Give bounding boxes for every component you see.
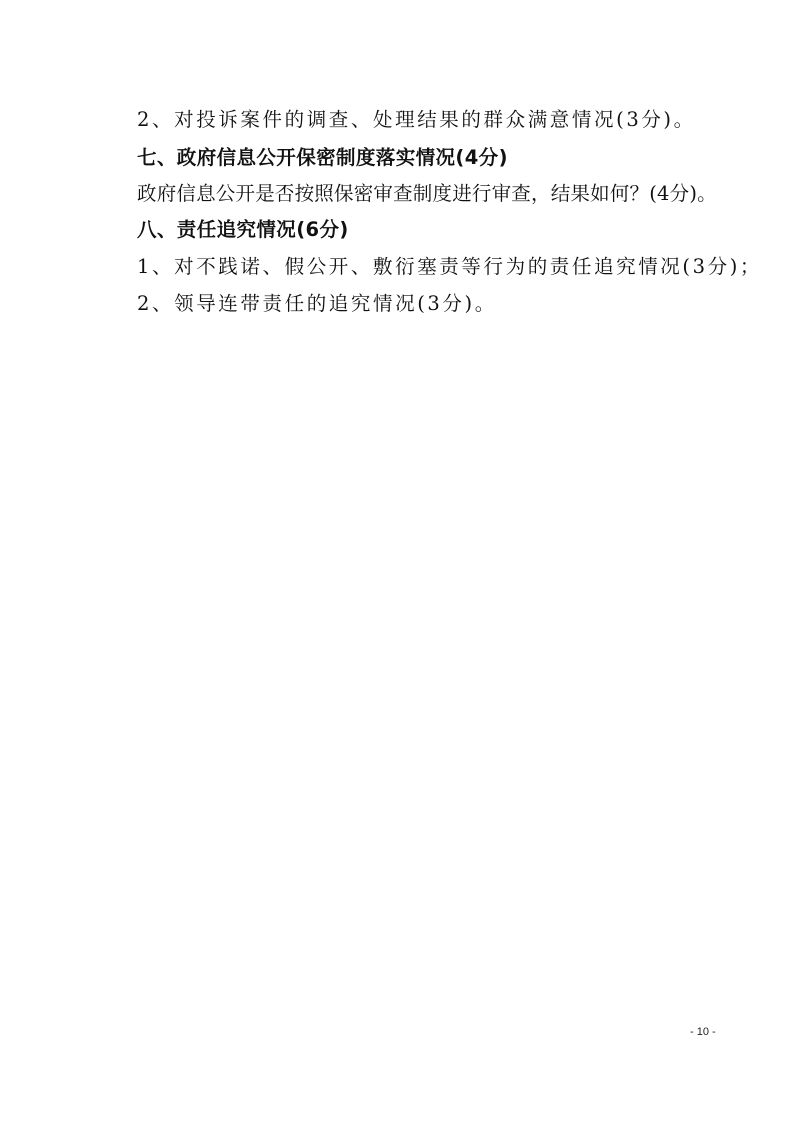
section-heading-eight: 八、责任追究情况(6分) [137, 216, 349, 244]
document-page: 2、对投诉案件的调查、处理结果的群众满意情况(3分)。 七、政府信息公开保密制度… [0, 0, 793, 1122]
complaint-satisfaction-item: 2、对投诉案件的调查、处理结果的群众满意情况(3分)。 [137, 106, 696, 134]
accountability-item-2: 2、领导连带责任的追究情况(3分)。 [137, 290, 497, 318]
section-heading-seven: 七、政府信息公开保密制度落实情况(4分) [137, 144, 508, 172]
accountability-item-1: 1、对不践诺、假公开、敷衍塞责等行为的责任追究情况(3分)； [137, 253, 762, 281]
page-number: - 10 - [690, 1026, 716, 1038]
confidentiality-review-paragraph: 政府信息公开是否按照保密审查制度进行审查，结果如何？(4分)。 [137, 180, 717, 208]
